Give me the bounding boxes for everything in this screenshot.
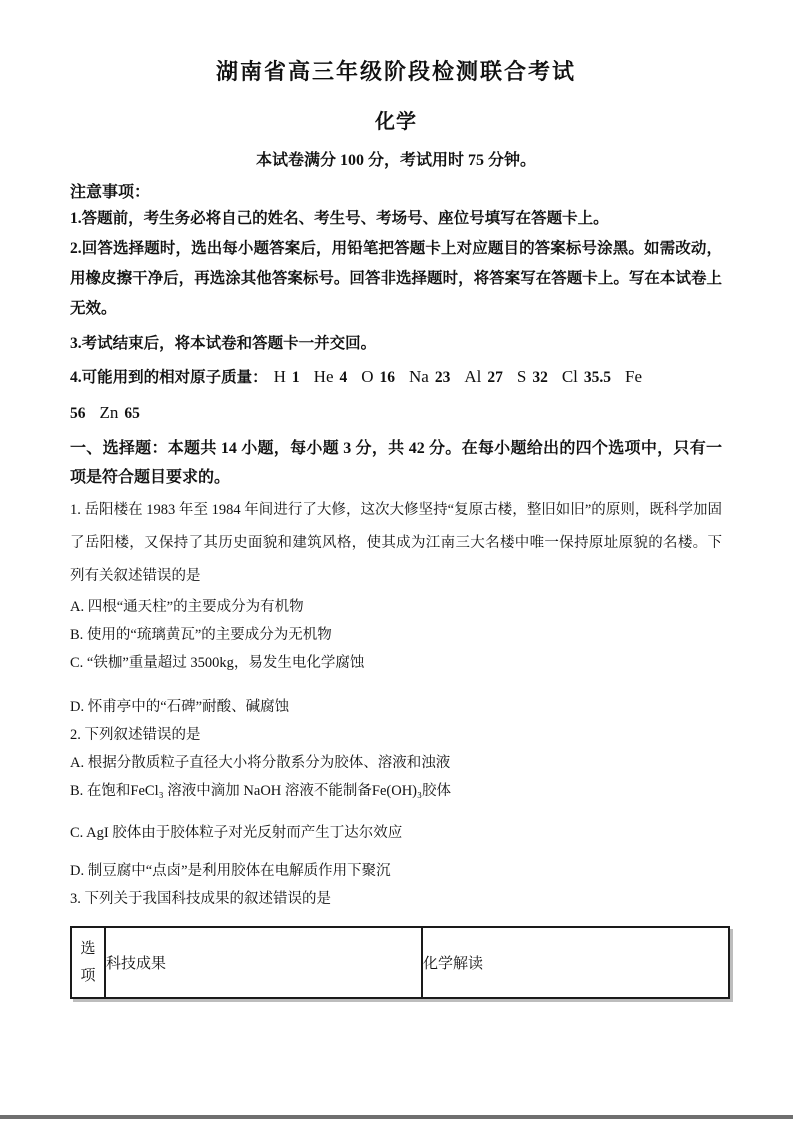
element-mass: 32: [532, 369, 548, 386]
table-header-option: 选项: [71, 927, 105, 998]
element-symbol: He: [314, 367, 334, 386]
element-mass: 16: [380, 369, 396, 386]
question-option: D. 制豆腐中“点卤”是利用胶体在电解质作用下聚沉: [70, 857, 722, 885]
element-mass: 1: [292, 369, 300, 386]
question-1-stem: 1. 岳阳楼在 1983 年至 1984 年间进行了大修，这次大修坚持“复原古楼…: [70, 494, 722, 593]
element-symbol: Zn: [100, 403, 119, 422]
element-symbol: S: [517, 367, 526, 386]
element-symbol: O: [361, 367, 373, 386]
exam-title: 湖南省高三年级阶段检测联合考试: [70, 56, 722, 88]
question-2-stem: 2. 下列叙述错误的是: [70, 721, 722, 749]
element-symbol: Na: [409, 367, 429, 386]
element-mass: 65: [124, 405, 140, 422]
notice-item: 2.回答选择题时，选出每小题答案后，用铅笔把答题卡上对应题目的答案标号涂黑。如需…: [70, 234, 722, 324]
atomic-mass-label: 4.可能用到的相对原子质量：: [70, 369, 268, 386]
section-heading: 一、选择题：本题共 14 小题，每小题 3 分，共 42 分。在每小题给出的四个…: [70, 434, 722, 492]
element-symbol: Fe: [625, 367, 642, 386]
notice-heading: 注意事项：: [70, 182, 722, 204]
question-option: A. 根据分散质粒子直径大小将分散系分为胶体、溶液和浊液: [70, 749, 722, 777]
notice-item: 3.考试结束后，将本试卷和答题卡一并交回。: [70, 329, 722, 359]
question-option: A. 四根“通天柱”的主要成分为有机物: [70, 593, 722, 621]
question-option: C. AgI 胶体由于胶体粒子对光反射而产生丁达尔效应: [70, 819, 722, 847]
atomic-mass-line: 4.可能用到的相对原子质量：H1He4O16Na23Al27S32Cl35.5F…: [70, 359, 722, 431]
page-content: 湖南省高三年级阶段检测联合考试 化学 本试卷满分 100 分，考试用时 75 分…: [70, 0, 722, 999]
question-option: D. 怀甫亭中的“石碑”耐酸、碱腐蚀: [70, 693, 722, 721]
exam-info-line: 本试卷满分 100 分，考试用时 75 分钟。: [70, 150, 722, 172]
exam-subject: 化学: [70, 108, 722, 136]
table-header-row: 选项 科技成果 化学解读: [71, 927, 729, 998]
element-symbol: H: [274, 367, 286, 386]
element-mass: 27: [487, 369, 503, 386]
question-3-table: 选项 科技成果 化学解读: [70, 926, 730, 999]
element-mass: 35.5: [584, 369, 611, 386]
question-option: C. “铁枷”重量超过 3500kg，易发生电化学腐蚀: [70, 649, 722, 677]
element-mass: 56: [70, 405, 86, 422]
exam-page: 湖南省高三年级阶段检测联合考试 化学 本试卷满分 100 分，考试用时 75 分…: [0, 0, 793, 1122]
page-bottom-edge: [0, 1115, 793, 1119]
notice-item: 1.答题前，考生务必将自己的姓名、考生号、考场号、座位号填写在答题卡上。: [70, 204, 722, 234]
table-header-achievement: 科技成果: [105, 927, 422, 998]
element-symbol: Cl: [562, 367, 578, 386]
question-option: B. 使用的“琉璃黄瓦”的主要成分为无机物: [70, 621, 722, 649]
element-symbol: Al: [464, 367, 481, 386]
element-mass: 23: [435, 369, 451, 386]
question-3-stem: 3. 下列关于我国科技成果的叙述错误的是: [70, 885, 722, 913]
table-header-interpretation: 化学解读: [422, 927, 729, 998]
question-option: B. 在饱和FeCl₃ 溶液中滴加 NaOH 溶液不能制备Fe(OH)₃胶体: [70, 777, 722, 805]
